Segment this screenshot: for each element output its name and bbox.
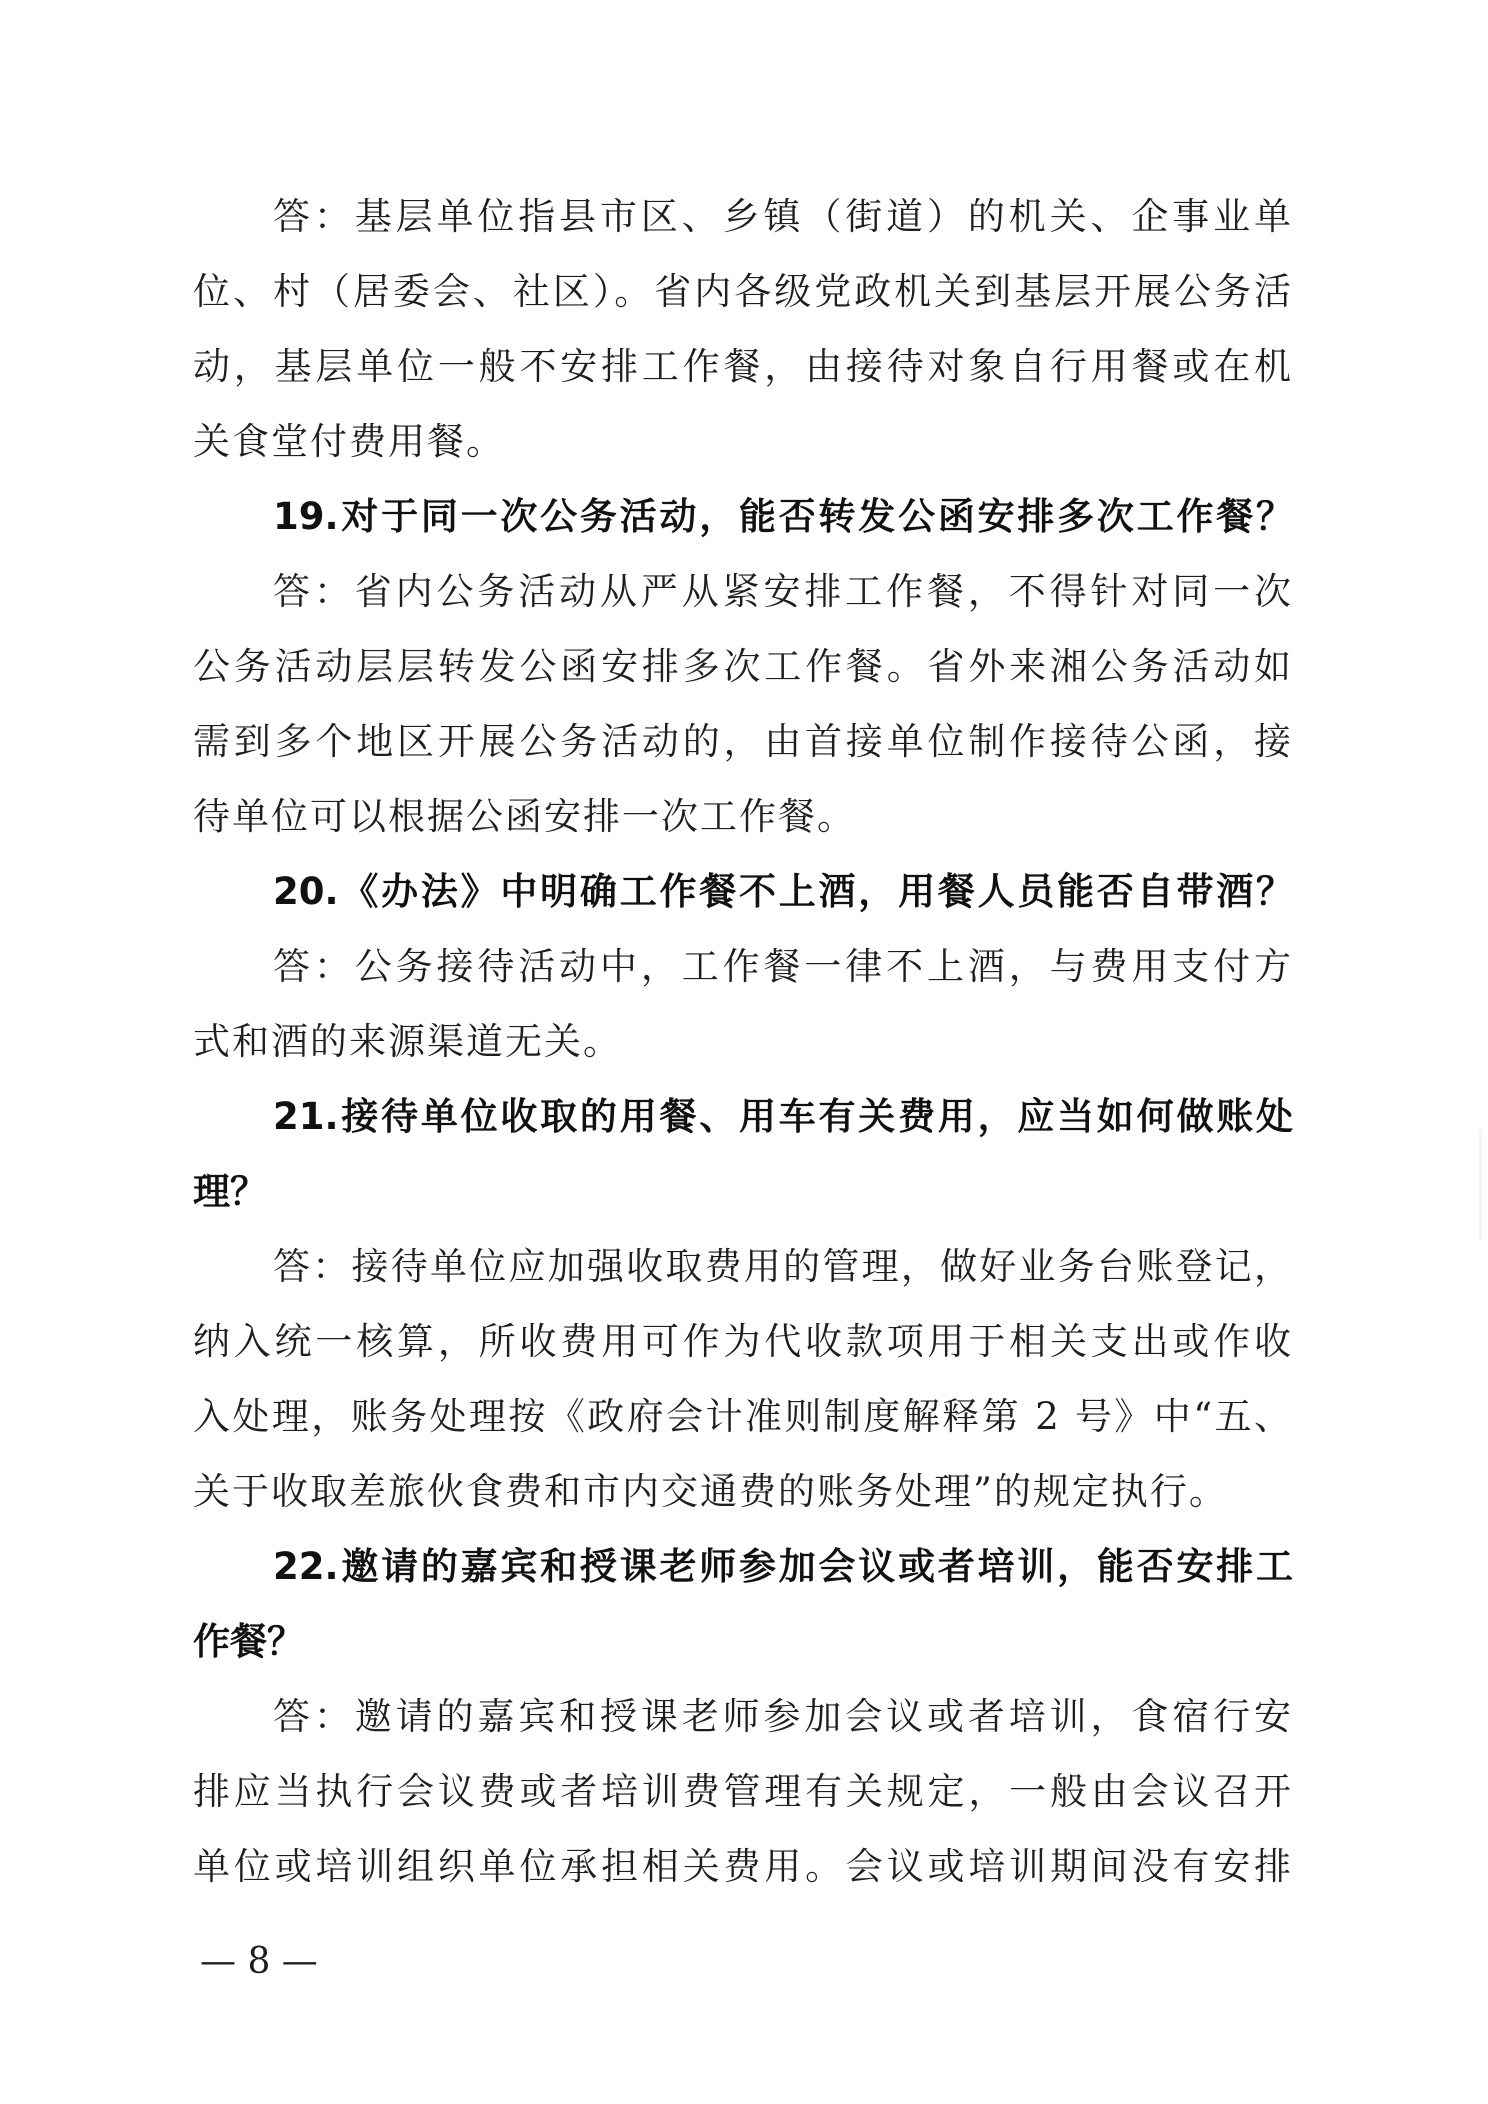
answer-20-line-2: 式和酒的来源渠道无关。: [193, 1004, 1293, 1079]
answer-22-line-3: 单位或培训组织单位承担相关费用。会议或培训期间没有安排: [193, 1829, 1293, 1904]
answer-22-line-2: 排应当执行会议费或者培训费管理有关规定，一般由会议召开: [193, 1754, 1293, 1829]
question-22-heading-cont: 作餐？: [193, 1604, 1293, 1679]
scan-edge-artifact: [1479, 1130, 1482, 1240]
question-21-heading: 21.接待单位收取的用餐、用车有关费用，应当如何做账处: [193, 1079, 1293, 1154]
answer-21-line-2: 纳入统一核算，所收费用可作为代收款项用于相关支出或作收: [193, 1304, 1293, 1379]
page-number: — 8 —: [200, 1940, 318, 1984]
answer-19-line-1: 答：省内公务活动从严从紧安排工作餐，不得针对同一次: [193, 554, 1293, 629]
question-22-heading: 22.邀请的嘉宾和授课老师参加会议或者培训，能否安排工: [193, 1529, 1293, 1604]
answer-20-line-1: 答：公务接待活动中，工作餐一律不上酒，与费用支付方: [193, 929, 1293, 1004]
answer-19-line-3: 需到多个地区开展公务活动的，由首接单位制作接待公函，接: [193, 704, 1293, 779]
question-19-heading: 19.对于同一次公务活动，能否转发公函安排多次工作餐？: [193, 479, 1293, 554]
answer-21-line-1: 答：接待单位应加强收取费用的管理，做好业务台账登记，: [193, 1229, 1293, 1304]
answer-21-line-4: 关于收取差旅伙食费和市内交通费的账务处理”的规定执行。: [193, 1454, 1293, 1529]
answer-18-line-1: 答：基层单位指县市区、乡镇（街道）的机关、企事业单: [193, 179, 1293, 254]
answer-18-line-4: 关食堂付费用餐。: [193, 404, 1293, 479]
document-body: 答：基层单位指县市区、乡镇（街道）的机关、企事业单 位、村（居委会、社区）。省内…: [193, 179, 1293, 1904]
document-page: 答：基层单位指县市区、乡镇（街道）的机关、企事业单 位、村（居委会、社区）。省内…: [0, 0, 1488, 2104]
answer-19-line-2: 公务活动层层转发公函安排多次工作餐。省外来湘公务活动如: [193, 629, 1293, 704]
question-21-heading-cont: 理？: [193, 1154, 1293, 1229]
answer-18-line-3: 动，基层单位一般不安排工作餐，由接待对象自行用餐或在机: [193, 329, 1293, 404]
answer-18-line-2: 位、村（居委会、社区）。省内各级党政机关到基层开展公务活: [193, 254, 1293, 329]
answer-21-line-3: 入处理，账务处理按《政府会计准则制度解释第 2 号》中“五、: [193, 1379, 1293, 1454]
answer-22-line-1: 答：邀请的嘉宾和授课老师参加会议或者培训，食宿行安: [193, 1679, 1293, 1754]
answer-19-line-4: 待单位可以根据公函安排一次工作餐。: [193, 779, 1293, 854]
question-20-heading: 20.《办法》中明确工作餐不上酒，用餐人员能否自带酒？: [193, 854, 1293, 929]
